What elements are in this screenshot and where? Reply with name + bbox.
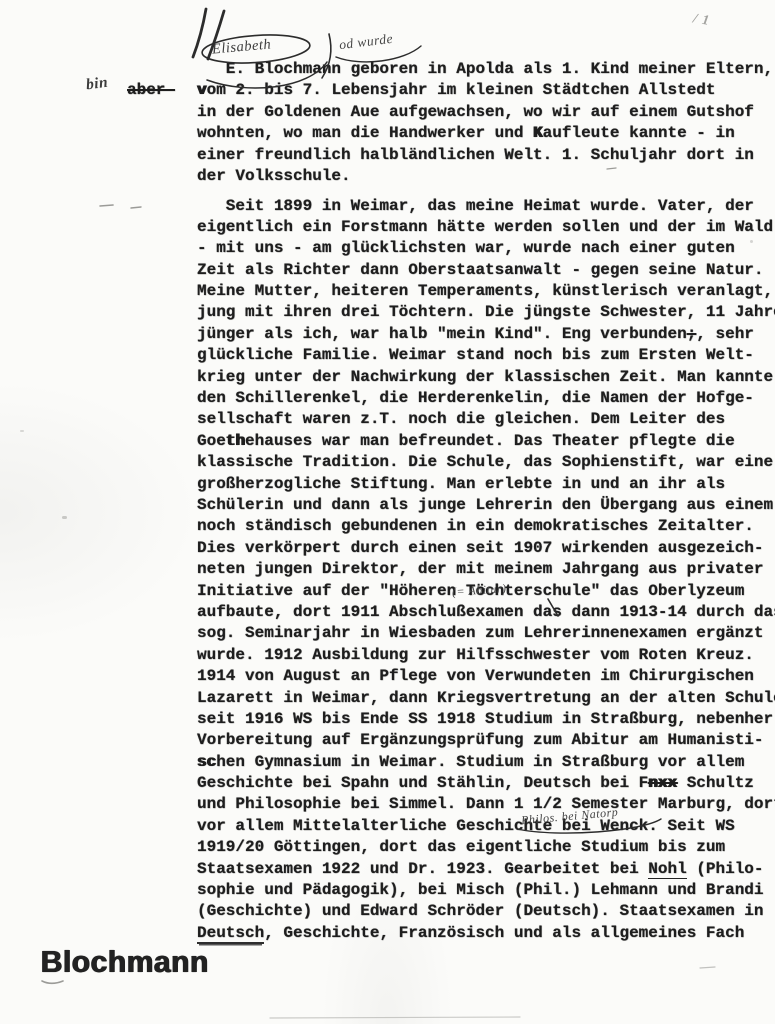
typewritten-line: Deutsch, Geschichte, Französisch und als… <box>197 923 775 944</box>
typewritten-line: einer freundlich halbländlichen Welt. 1.… <box>197 145 775 166</box>
pencil-corner-mark: /1 <box>692 11 715 30</box>
typewritten-line: jung mit ihren drei Töchtern. Die jüngst… <box>197 302 775 323</box>
text-segment: der Volksschule. <box>197 167 351 185</box>
blochmann-stamp: Blochmann <box>41 944 209 980</box>
typewritten-line: noch ständisch gebundenen in ein demokra… <box>197 516 775 537</box>
text-segment: Zeit als Richter dann Oberstaatsanwalt -… <box>197 261 764 279</box>
typewritten-line: 1919/20 Göttingen, dort das eigentliche … <box>197 837 775 858</box>
text-segment: Goe <box>197 432 226 450</box>
text-segment: eigentlich ein Forstmann hätte werden so… <box>197 218 773 236</box>
text-segment: , sehr <box>696 325 754 343</box>
text-segment: sellschaft waren z.T. noch die gleichen.… <box>197 410 725 428</box>
typewritten-line: Seit 1899 in Weimar, das meine Heimat wu… <box>197 196 775 217</box>
typewritten-line: schen Gymnasium in Weimar. Studium in St… <box>197 752 775 773</box>
typewritten-line: sog. Seminarjahr in Wiesbaden zum Lehrer… <box>197 623 775 644</box>
text-segment: Lazarett in Weimar, dann Kriegsvertretun… <box>197 689 775 707</box>
handwritten-wurde-note: od wurde <box>338 31 394 53</box>
text-segment: krieg unter der Nachwirkung der klassisc… <box>197 368 773 386</box>
typewritten-line: - mit uns - am glücklichsten war, wurde … <box>197 238 775 259</box>
typewritten-line: glückliche Familie. Weimar stand noch bi… <box>197 345 775 366</box>
text-segment: Schülerin und dann als junge Lehrerin de… <box>197 496 773 514</box>
text-segment: sc <box>197 753 216 771</box>
text-segment: noch ständisch gebundenen in ein demokra… <box>197 517 754 535</box>
text-segment: Seit 1899 in Weimar, das meine Heimat wu… <box>197 197 754 215</box>
text-segment: K <box>533 124 543 142</box>
paragraph: Seit 1899 in Weimar, das meine Heimat wu… <box>197 196 775 945</box>
typewritten-line: Schülerin und dann als junge Lehrerin de… <box>197 495 775 516</box>
text-segment: Deutsch <box>197 924 264 944</box>
text-segment: klassische Tradition. Die Schule, das So… <box>197 453 773 471</box>
text-segment: - mit uns - am glücklichsten war, wurde … <box>197 239 735 257</box>
text-segment: hen Gymnasium in Weimar. Studium in Stra… <box>216 753 744 771</box>
text-segment: ; <box>687 325 697 343</box>
text-segment: , Geschichte, Französisch und als allgem… <box>264 924 744 942</box>
typewritten-line: Meine Mutter, heiteren Temperaments, kün… <box>197 281 775 302</box>
typewritten-line: Staatsexamen 1922 und Dr. 1923. Gearbeit… <box>197 859 775 880</box>
typewritten-line: Zeit als Richter dann Oberstaatsanwalt -… <box>197 260 775 281</box>
text-segment: 1919/20 Göttingen, dort das eigentliche … <box>197 838 725 856</box>
typewritten-line: Dies verkörpert durch einen seit 1907 wi… <box>197 538 775 559</box>
text-segment: wurde. 1912 Ausbildung zur Hilfsschweste… <box>197 646 754 664</box>
text-segment: Meine Mutter, heiteren Temperaments, kün… <box>197 282 773 300</box>
text-segment: Vorbereitung auf Ergänzungsprüfung zum A… <box>197 731 764 749</box>
typewritten-line: sellschaft waren z.T. noch die gleichen.… <box>197 409 775 430</box>
text-segment: Geschichte bei Spahn und Stählin, Deutsc… <box>197 774 648 792</box>
typewritten-line: großherzogliche Stiftung. Man erlebte in… <box>197 474 775 495</box>
text-segment: nxx <box>648 774 677 792</box>
typewritten-line: 1914 von August an Pflege von Verwundete… <box>197 666 775 687</box>
typewritten-line: aber vom 2. bis 7. Lebensjahr im kleinen… <box>197 80 775 101</box>
text-segment: aber <box>127 81 175 99</box>
typewritten-line: Goethehauses war man befreundet. Das The… <box>197 431 775 452</box>
pencil-dash <box>131 207 141 208</box>
typewritten-line: wohnten, wo man die Handwerker und Kaufl… <box>197 123 775 144</box>
text-segment: wohnten, wo man die Handwerker und <box>197 124 533 142</box>
text-segment: vor allem Mittelalterliche Geschichte be… <box>197 817 735 835</box>
typewritten-text: E. Blochmann geboren in Apolda als 1. Ki… <box>197 59 775 944</box>
typewritten-line: seit 1916 WS bis Ende SS 1918 Studium in… <box>197 709 775 730</box>
typewritten-line: aufbaute, dort 1911 Abschlußexamen das d… <box>197 602 775 623</box>
text-segment: in der Goldenen Aue aufgewachsen, wo wir… <box>197 103 754 121</box>
typewritten-line: (Geschichte) und Edward Schröder (Deutsc… <box>197 901 775 922</box>
handwritten-margin-word: bin <box>85 74 109 95</box>
scan-streak <box>700 967 715 968</box>
text-segment: großherzogliche Stiftung. Man erlebte in… <box>197 475 725 493</box>
typewritten-line: Lazarett in Weimar, dann Kriegsvertretun… <box>197 688 775 709</box>
text-segment: 1914 von August an Pflege von Verwundete… <box>197 667 754 685</box>
text-segment: sophie und Pädagogik), bei Misch (Phil.)… <box>197 881 764 899</box>
text-segment: den Schillerenkel, die Herderenkelin, di… <box>197 389 754 407</box>
typewritten-line: und Philosophie bei Simmel. Dann 1 1/2 S… <box>197 794 775 815</box>
typewritten-line: klassische Tradition. Die Schule, das So… <box>197 452 775 473</box>
typewritten-line: Vorbereitung auf Ergänzungsprüfung zum A… <box>197 730 775 751</box>
typewritten-line: krieg unter der Nachwirkung der klassisc… <box>197 367 775 388</box>
text-segment: jung mit ihren drei Töchtern. Die jüngst… <box>197 303 775 321</box>
typewritten-line: sophie und Pädagogik), bei Misch (Phil.)… <box>197 880 775 901</box>
stamp-smudge <box>42 981 63 983</box>
check-slash-icon <box>193 9 206 57</box>
text-segment: und Philosophie bei Simmel. Dann 1 1/2 S… <box>197 795 775 813</box>
text-segment: aufleute kannte - in <box>543 124 735 142</box>
text-segment: Nohl <box>648 860 686 879</box>
pencil-dash <box>100 205 113 206</box>
text-segment: glückliche Familie. Weimar stand noch bi… <box>197 346 754 364</box>
typewritten-line: den Schillerenkel, die Herderenkelin, di… <box>197 388 775 409</box>
scanned-page: E. Blochmann geboren in Apolda als 1. Ki… <box>0 0 775 1024</box>
text-segment: th <box>226 432 245 450</box>
text-segment: (Philo- <box>687 860 764 878</box>
typewritten-line: eigentlich ein Forstmann hätte werden so… <box>197 217 775 238</box>
typewritten-line: Geschichte bei Spahn und Stählin, Deutsc… <box>197 773 775 794</box>
text-segment: (Geschichte) und Edward Schröder (Deutsc… <box>197 902 764 920</box>
text-segment: Staatsexamen 1922 und Dr. 1923. Gearbeit… <box>197 860 648 878</box>
handwritten-name-insert: Elisabeth <box>211 36 272 58</box>
text-segment: E. Blochmann geboren in Apolda als 1. Ki… <box>197 60 773 78</box>
typewritten-line: der Volksschule. <box>197 166 775 187</box>
typewritten-line: vor allem Mittelalterliche Geschichte be… <box>197 816 775 837</box>
scan-speckle <box>750 240 753 243</box>
text-segment: aufbaute, dort 1911 Abschlußexamen das d… <box>197 603 775 621</box>
typewritten-line: in der Goldenen Aue aufgewachsen, wo wir… <box>197 102 775 123</box>
scan-streak <box>270 1017 520 1018</box>
text-segment: jünger als ich, war halb "mein Kind". En… <box>197 325 687 343</box>
typewritten-line: E. Blochmann geboren in Apolda als 1. Ki… <box>197 59 775 80</box>
typewritten-line: neten jungen Direktor, der mit meinem Ja… <box>197 559 775 580</box>
paragraph: E. Blochmann geboren in Apolda als 1. Ki… <box>197 59 775 187</box>
text-segment: Dies verkörpert durch einen seit 1907 wi… <box>197 539 764 557</box>
text-segment: om 2. bis 7. Lebensjahr im kleinen Städt… <box>207 81 716 99</box>
text-segment: v <box>197 81 207 99</box>
text-segment: neten jungen Direktor, der mit meinem Ja… <box>197 560 764 578</box>
text-segment: sog. Seminarjahr in Wiesbaden zum Lehrer… <box>197 624 764 642</box>
typewritten-line: wurde. 1912 Ausbildung zur Hilfsschweste… <box>197 645 775 666</box>
text-segment: Schultz <box>677 774 754 792</box>
scan-speckle <box>62 516 67 519</box>
text-segment: ehauses war man befreundet. Das Theater … <box>245 432 735 450</box>
text-segment: einer freundlich halbländlichen Welt. 1.… <box>197 146 754 164</box>
text-segment: seit 1916 WS bis Ende SS 1918 Studium in… <box>197 710 773 728</box>
scan-speckle <box>20 430 24 432</box>
typewritten-line: jünger als ich, war halb "mein Kind". En… <box>197 324 775 345</box>
